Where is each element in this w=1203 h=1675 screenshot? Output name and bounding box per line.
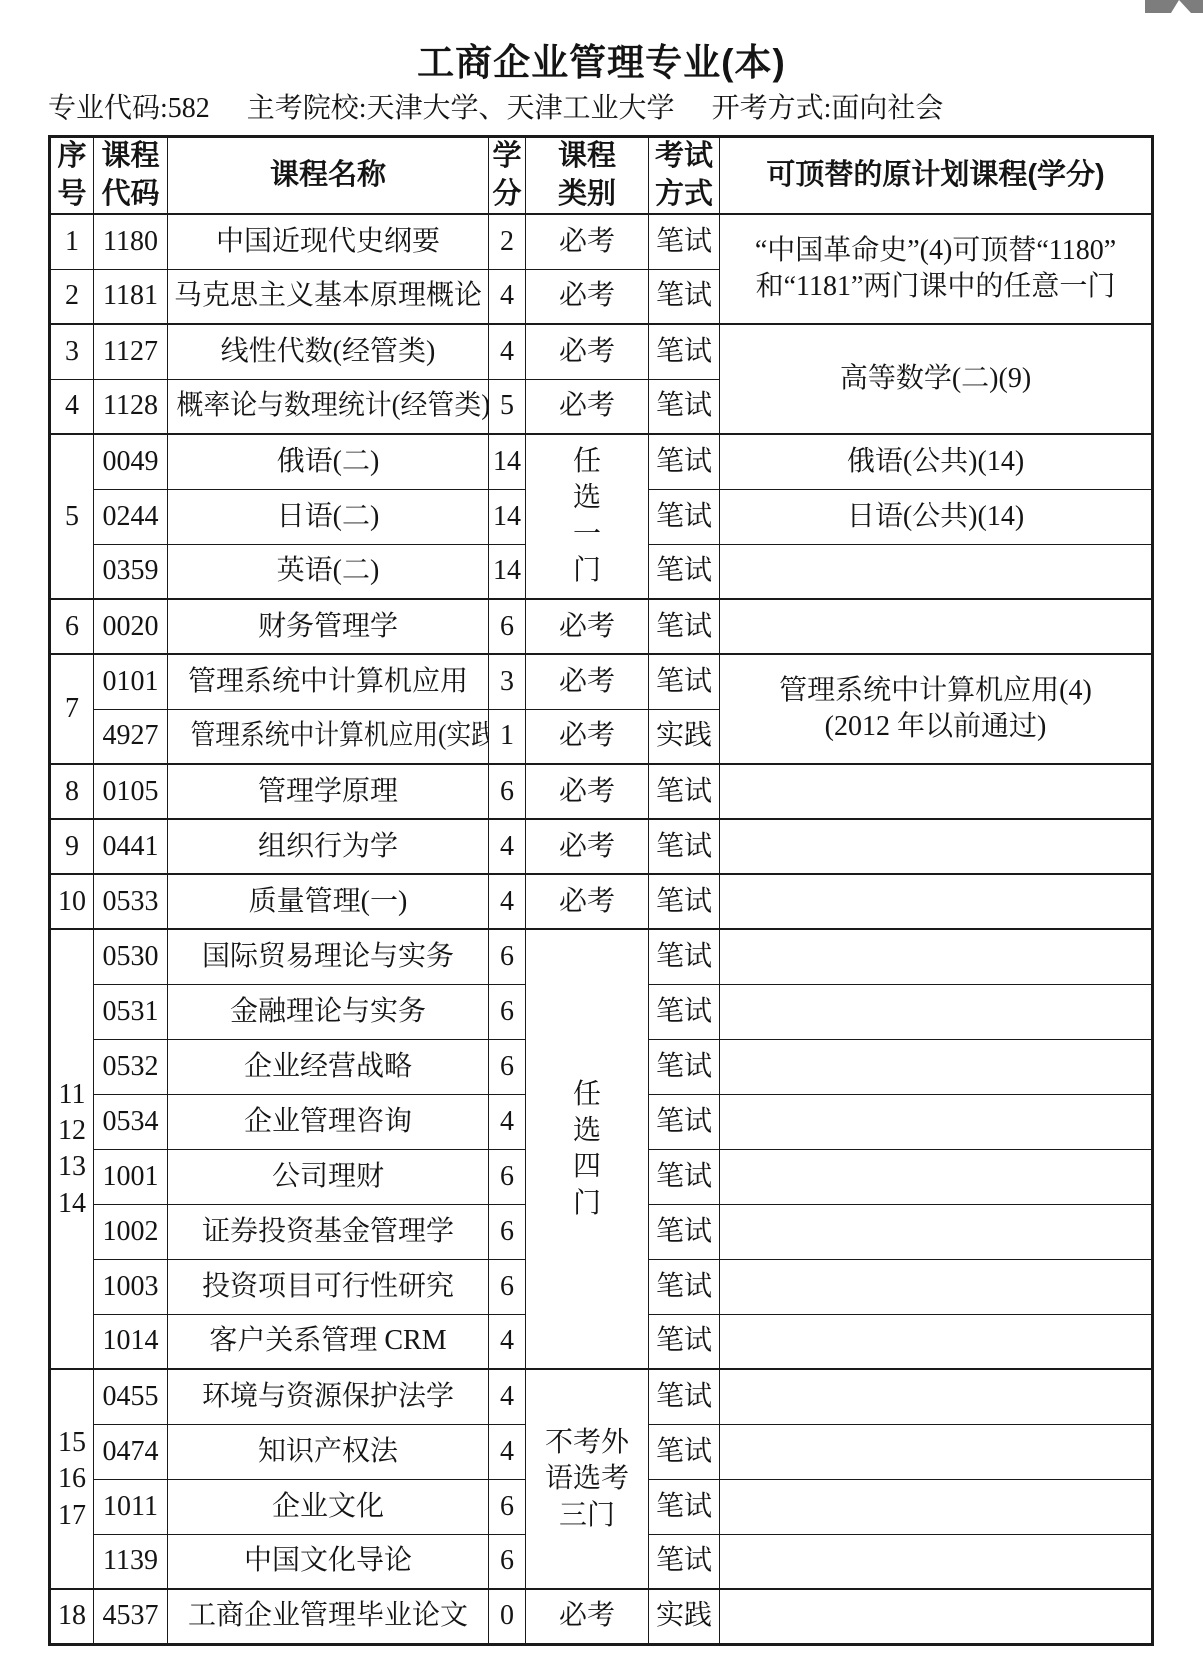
replacement-cell — [720, 1424, 1153, 1479]
name-cell: 俄语(二) — [168, 434, 489, 489]
credits-cell: 6 — [489, 764, 526, 819]
exam-cell: 笔试 — [649, 489, 720, 544]
exam-cell: 实践 — [649, 709, 720, 764]
replacement-cell — [720, 764, 1153, 819]
header-replacement: 可顶替的原计划课程(学分) — [720, 137, 1153, 215]
replacement-cell — [720, 929, 1153, 984]
credits-cell: 6 — [489, 1259, 526, 1314]
exam-cell: 笔试 — [649, 1149, 720, 1204]
exam-cell: 笔试 — [649, 324, 720, 379]
code-cell: 1180 — [94, 214, 168, 269]
serial-cell: 2 — [50, 269, 94, 324]
name-cell: 英语(二) — [168, 544, 489, 599]
category-cell: 必考 — [526, 654, 649, 709]
replacement-cell: 俄语(公共)(14) — [720, 434, 1153, 489]
table-row: 100533质量管理(一)4必考笔试 — [50, 874, 1153, 929]
table-row: 11180中国近现代史纲要2必考笔试“中国革命史”(4)可顶替“1180”和“1… — [50, 214, 1153, 269]
exam-cell: 笔试 — [649, 819, 720, 874]
exam-cell: 笔试 — [649, 544, 720, 599]
code-cell: 0020 — [94, 599, 168, 654]
serial-cell: 3 — [50, 324, 94, 379]
replacement-cell: 高等数学(二)(9) — [720, 324, 1153, 434]
name-cell: 工商企业管理毕业论文 — [168, 1589, 489, 1644]
serial-cell: 5 — [50, 434, 94, 599]
credits-cell: 4 — [489, 1094, 526, 1149]
credits-cell: 14 — [489, 434, 526, 489]
name-cell: 线性代数(经管类) — [168, 324, 489, 379]
code-cell: 1002 — [94, 1204, 168, 1259]
credits-cell: 6 — [489, 1149, 526, 1204]
exam-cell: 笔试 — [649, 1204, 720, 1259]
code-cell: 0441 — [94, 819, 168, 874]
name-cell: 财务管理学 — [168, 599, 489, 654]
serial-cell: 8 — [50, 764, 94, 819]
exam-cell: 笔试 — [649, 929, 720, 984]
exam-cell: 笔试 — [649, 874, 720, 929]
credits-cell: 1 — [489, 709, 526, 764]
code-cell: 0105 — [94, 764, 168, 819]
table-row: 50049俄语(二)14任选一门笔试俄语(公共)(14) — [50, 434, 1153, 489]
major-code: 专业代码:582 — [48, 86, 210, 126]
replacement-cell — [720, 1149, 1153, 1204]
exam-cell: 笔试 — [649, 1259, 720, 1314]
code-cell: 0533 — [94, 874, 168, 929]
name-cell: 组织行为学 — [168, 819, 489, 874]
credits-cell: 14 — [489, 489, 526, 544]
credits-cell: 4 — [489, 1369, 526, 1424]
replacement-cell — [720, 984, 1153, 1039]
host-universities: 主考院校:天津大学、天津工业大学 — [247, 86, 675, 126]
code-cell: 0534 — [94, 1094, 168, 1149]
exam-cell: 笔试 — [649, 1424, 720, 1479]
exam-cell: 笔试 — [649, 599, 720, 654]
code-cell: 1014 — [94, 1314, 168, 1369]
name-cell: 投资项目可行性研究 — [168, 1259, 489, 1314]
code-cell: 0359 — [94, 544, 168, 599]
header-name: 课程名称 — [168, 137, 489, 215]
table-row: 31127线性代数(经管类)4必考笔试高等数学(二)(9) — [50, 324, 1153, 379]
page-title: 工商企业管理专业(本) — [0, 32, 1203, 86]
course-plan-table: 序号课程代码课程名称学分课程类别考试方式可顶替的原计划课程(学分) 11180中… — [48, 135, 1154, 1646]
serial-cell: 4 — [50, 379, 94, 434]
credits-cell: 3 — [489, 654, 526, 709]
replacement-cell: “中国革命史”(4)可顶替“1180”和“1181”两门课中的任意一门 — [720, 214, 1153, 324]
code-cell: 4537 — [94, 1589, 168, 1644]
serial-cell: 10 — [50, 874, 94, 929]
name-cell: 环境与资源保护法学 — [168, 1369, 489, 1424]
credits-cell: 4 — [489, 1314, 526, 1369]
replacement-cell — [720, 819, 1153, 874]
code-cell: 0049 — [94, 434, 168, 489]
category-cell: 必考 — [526, 269, 649, 324]
name-cell: 质量管理(一) — [168, 874, 489, 929]
replacement-cell — [720, 1314, 1153, 1369]
code-cell: 0101 — [94, 654, 168, 709]
replacement-cell — [720, 544, 1153, 599]
exam-cell: 笔试 — [649, 1479, 720, 1534]
code-cell: 0455 — [94, 1369, 168, 1424]
category-cell: 必考 — [526, 1589, 649, 1644]
category-cell: 必考 — [526, 819, 649, 874]
credits-cell: 0 — [489, 1589, 526, 1644]
code-cell: 4927 — [94, 709, 168, 764]
code-cell: 0530 — [94, 929, 168, 984]
exam-mode: 开考方式:面向社会 — [712, 86, 944, 126]
credits-cell: 4 — [489, 269, 526, 324]
replacement-cell — [720, 1369, 1153, 1424]
name-cell: 公司理财 — [168, 1149, 489, 1204]
replacement-cell — [720, 1204, 1153, 1259]
replacement-cell — [720, 1479, 1153, 1534]
table-row: 60020财务管理学6必考笔试 — [50, 599, 1153, 654]
exam-cell: 笔试 — [649, 764, 720, 819]
screen-corner-fragment — [1145, 0, 1203, 13]
replacement-cell: 管理系统中计算机应用(4)(2012 年以前通过) — [720, 654, 1153, 764]
code-cell: 1139 — [94, 1534, 168, 1589]
exam-cell: 笔试 — [649, 214, 720, 269]
exam-cell: 实践 — [649, 1589, 720, 1644]
replacement-cell — [720, 1534, 1153, 1589]
document-page: 工商企业管理专业(本) 专业代码:582 主考院校:天津大学、天津工业大学 开考… — [0, 0, 1203, 1675]
name-cell: 概率论与数理统计(经管类) — [168, 379, 489, 434]
table-row: 80105管理学原理6必考笔试 — [50, 764, 1153, 819]
header-code: 课程代码 — [94, 137, 168, 215]
name-cell: 中国近现代史纲要 — [168, 214, 489, 269]
exam-cell: 笔试 — [649, 1534, 720, 1589]
name-cell: 国际贸易理论与实务 — [168, 929, 489, 984]
category-cell: 任选一门 — [526, 434, 649, 599]
code-cell: 1128 — [94, 379, 168, 434]
exam-cell: 笔试 — [649, 1314, 720, 1369]
serial-cell: 6 — [50, 599, 94, 654]
name-cell: 日语(二) — [168, 489, 489, 544]
code-cell: 0244 — [94, 489, 168, 544]
name-cell: 马克思主义基本原理概论 — [168, 269, 489, 324]
category-cell: 必考 — [526, 874, 649, 929]
credits-cell: 4 — [489, 874, 526, 929]
category-cell: 必考 — [526, 709, 649, 764]
exam-cell: 笔试 — [649, 984, 720, 1039]
code-cell: 1001 — [94, 1149, 168, 1204]
code-cell: 0531 — [94, 984, 168, 1039]
replacement-cell — [720, 874, 1153, 929]
credits-cell: 4 — [489, 324, 526, 379]
serial-cell: 9 — [50, 819, 94, 874]
serial-cell: 1 — [50, 214, 94, 269]
category-cell: 必考 — [526, 764, 649, 819]
category-cell: 必考 — [526, 379, 649, 434]
name-cell: 客户关系管理 CRM — [168, 1314, 489, 1369]
code-cell: 1181 — [94, 269, 168, 324]
exam-cell: 笔试 — [649, 269, 720, 324]
header-exam: 考试方式 — [649, 137, 720, 215]
code-cell: 1003 — [94, 1259, 168, 1314]
category-cell: 不考外语选考三门 — [526, 1369, 649, 1589]
header-sn: 序号 — [50, 137, 94, 215]
replacement-cell — [720, 1039, 1153, 1094]
category-cell: 必考 — [526, 599, 649, 654]
code-cell: 1127 — [94, 324, 168, 379]
table-row: 184537工商企业管理毕业论文0必考实践 — [50, 1589, 1153, 1644]
credits-cell: 6 — [489, 1204, 526, 1259]
credits-cell: 6 — [489, 1039, 526, 1094]
credits-cell: 6 — [489, 599, 526, 654]
cursor-notch-icon — [1171, 0, 1191, 13]
header-credits: 学分 — [489, 137, 526, 215]
table-row: 1516170455环境与资源保护法学4不考外语选考三门笔试 — [50, 1369, 1153, 1424]
table-row: 70101管理系统中计算机应用3必考笔试管理系统中计算机应用(4)(2012 年… — [50, 654, 1153, 709]
credits-cell: 6 — [489, 1534, 526, 1589]
credits-cell: 6 — [489, 984, 526, 1039]
category-cell: 必考 — [526, 324, 649, 379]
header-row: 序号课程代码课程名称学分课程类别考试方式可顶替的原计划课程(学分) — [50, 137, 1153, 215]
exam-cell: 笔试 — [649, 1094, 720, 1149]
exam-cell: 笔试 — [649, 1039, 720, 1094]
exam-cell: 笔试 — [649, 1369, 720, 1424]
code-cell: 0532 — [94, 1039, 168, 1094]
header-category: 课程类别 — [526, 137, 649, 215]
serial-cell: 11121314 — [50, 929, 94, 1369]
category-cell: 任选四门 — [526, 929, 649, 1369]
exam-cell: 笔试 — [649, 654, 720, 709]
replacement-cell — [720, 1259, 1153, 1314]
exam-cell: 笔试 — [649, 379, 720, 434]
code-cell: 1011 — [94, 1479, 168, 1534]
serial-cell: 18 — [50, 1589, 94, 1644]
replacement-cell: 日语(公共)(14) — [720, 489, 1153, 544]
serial-cell: 151617 — [50, 1369, 94, 1589]
code-cell: 0474 — [94, 1424, 168, 1479]
credits-cell: 14 — [489, 544, 526, 599]
name-cell: 中国文化导论 — [168, 1534, 489, 1589]
name-cell: 证券投资基金管理学 — [168, 1204, 489, 1259]
name-cell: 知识产权法 — [168, 1424, 489, 1479]
serial-cell: 7 — [50, 654, 94, 764]
table-row: 111213140530国际贸易理论与实务6任选四门笔试 — [50, 929, 1153, 984]
name-cell: 企业文化 — [168, 1479, 489, 1534]
category-cell: 必考 — [526, 214, 649, 269]
name-cell: 管理学原理 — [168, 764, 489, 819]
table-row: 90441组织行为学4必考笔试 — [50, 819, 1153, 874]
credits-cell: 2 — [489, 214, 526, 269]
credits-cell: 5 — [489, 379, 526, 434]
name-cell: 金融理论与实务 — [168, 984, 489, 1039]
name-cell: 管理系统中计算机应用 — [168, 654, 489, 709]
name-cell: 企业管理咨询 — [168, 1094, 489, 1149]
exam-cell: 笔试 — [649, 434, 720, 489]
credits-cell: 6 — [489, 1479, 526, 1534]
replacement-cell — [720, 1094, 1153, 1149]
credits-cell: 4 — [489, 819, 526, 874]
meta-line: 专业代码:582 主考院校:天津大学、天津工业大学 开考方式:面向社会 — [48, 86, 943, 126]
name-cell: 管理系统中计算机应用(实践) — [168, 709, 489, 764]
replacement-cell — [720, 599, 1153, 654]
credits-cell: 6 — [489, 929, 526, 984]
replacement-cell — [720, 1589, 1153, 1644]
name-cell: 企业经营战略 — [168, 1039, 489, 1094]
credits-cell: 4 — [489, 1424, 526, 1479]
